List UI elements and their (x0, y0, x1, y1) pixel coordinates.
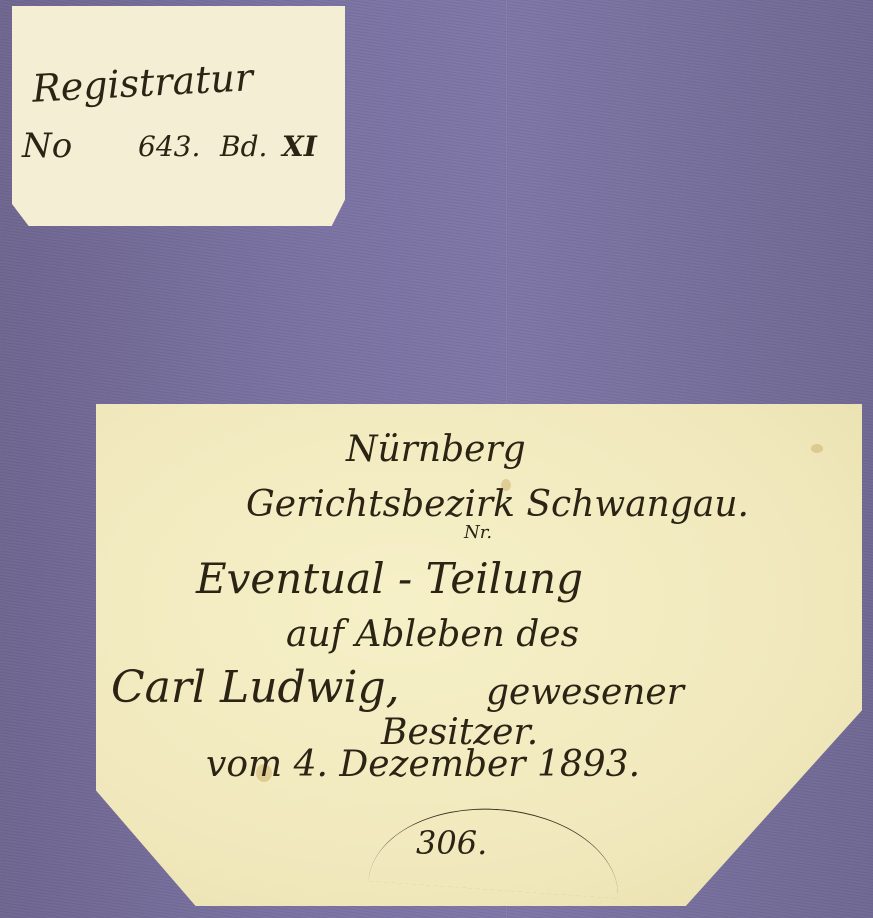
court-district: Gerichtsbezirk Schwangau. (246, 484, 749, 525)
case-subtitle: auf Ableben des (286, 614, 579, 655)
person-status: gewesener (486, 672, 684, 713)
place-name: Nürnberg (346, 429, 526, 470)
volume-number: XI (282, 130, 317, 163)
volume-prefix: Bd. (220, 130, 267, 163)
case-date: vom 4. Dezember 1893. (206, 744, 640, 785)
person-name: Carl Ludwig, (111, 662, 400, 713)
registry-label: Registratur No 643. Bd. XI (12, 6, 345, 226)
number-abbrev: Nr. (464, 522, 492, 543)
case-label: Nürnberg Gerichtsbezirk Schwangau. Nr. E… (96, 404, 862, 906)
paper-stain (811, 444, 823, 453)
file-number: 306. (416, 824, 487, 862)
registry-number: 643. (138, 130, 200, 163)
number-prefix: No (22, 126, 72, 166)
registry-title: Registratur (31, 55, 254, 111)
case-title: Eventual - Teilung (196, 554, 583, 603)
decorative-arc (368, 800, 623, 898)
